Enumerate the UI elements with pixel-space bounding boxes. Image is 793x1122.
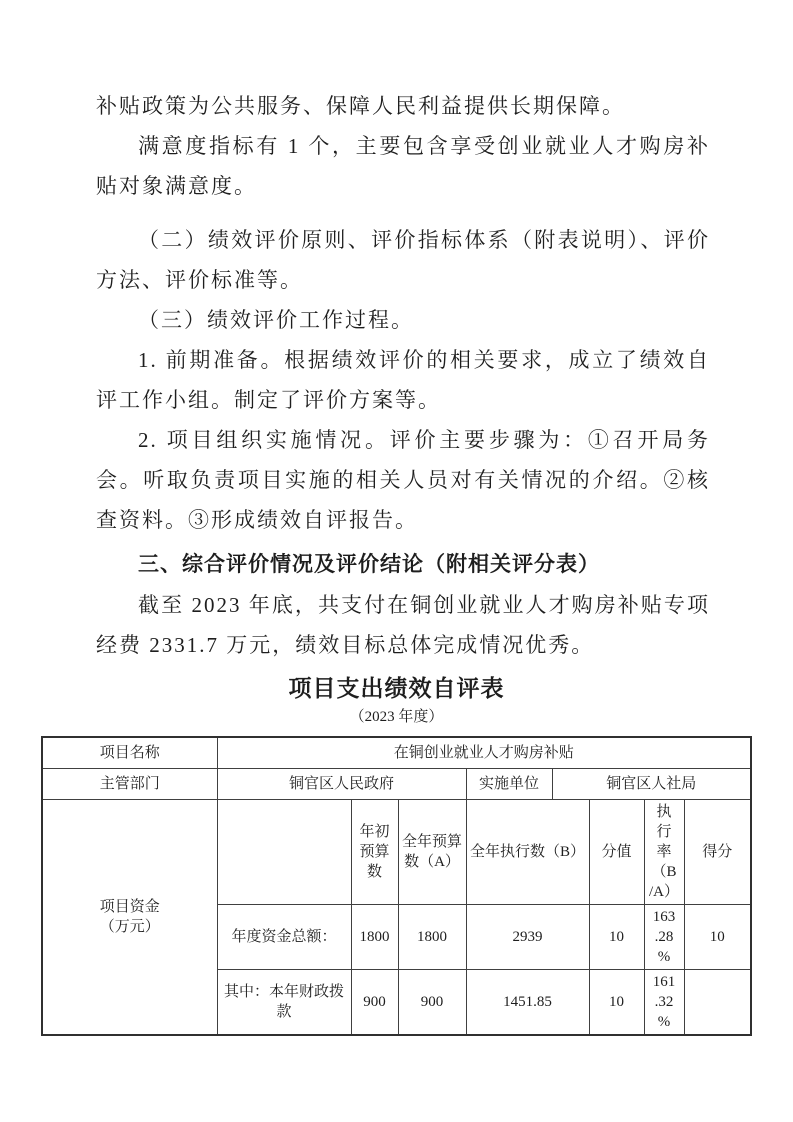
paragraph-section2: （二）绩效评价原则、评价指标体系（附表说明）、评价方法、评价标准等。 (96, 220, 710, 300)
table-area: 项目支出绩效自评表 （2023 年度） 项目名称 在铜创业就业人才购房补贴 (41, 675, 752, 1036)
cell-header-score-weight: 分值 (589, 800, 644, 905)
table-subtitle: （2023 年度） (41, 708, 752, 726)
cell-header-points: 得分 (684, 800, 751, 905)
table-row-departments: 主管部门 铜官区人民政府 实施单位 铜官区人社局 (42, 769, 751, 800)
paragraph-section3: （三）绩效评价工作过程。 (96, 300, 710, 340)
cell-fiscal-points (684, 970, 751, 1036)
cell-total-annual-budget: 1800 (398, 905, 466, 970)
cell-project-name-value: 在铜创业就业人才购房补贴 (217, 737, 751, 769)
cell-fiscal-execution-rate: 161 .32 % (644, 970, 684, 1036)
cell-fiscal-annual-budget: 900 (398, 970, 466, 1036)
cell-total-execution-rate: 163 .28 % (644, 905, 684, 970)
cell-row-header-project-funds: 项目资金 （万元） (42, 800, 217, 1036)
cell-fiscal-execution: 1451.85 (466, 970, 589, 1036)
cell-total-score-weight: 10 (589, 905, 644, 970)
cell-total-points: 10 (684, 905, 751, 970)
document-page: 补贴政策为公共服务、保障人民利益提供长期保障。 满意度指标有 1 个，主要包含享… (0, 0, 793, 1122)
cell-header-begin-budget: 年初 预算 数 (351, 800, 398, 905)
cell-total-begin-budget: 1800 (351, 905, 398, 970)
cell-header-annual-budget: 全年预算 数（A） (398, 800, 466, 905)
paragraph-satisfaction: 满意度指标有 1 个，主要包含享受创业就业人才购房补贴对象满意度。 (96, 126, 710, 206)
table-row-project-name: 项目名称 在铜创业就业人才购房补贴 (42, 737, 751, 769)
self-evaluation-table: 项目名称 在铜创业就业人才购房补贴 主管部门 铜官区人民政府 实施单位 铜官区人… (41, 736, 752, 1036)
cell-dept-value: 铜官区人民政府 (217, 769, 466, 800)
cell-total-execution: 2939 (466, 905, 589, 970)
paragraph-summary: 截至 2023 年底，共支付在铜创业就业人才购房补贴专项经费 2331.7 万元… (96, 585, 710, 665)
cell-fiscal-begin-budget: 900 (351, 970, 398, 1036)
paragraph-step2: 2. 项目组织实施情况。评价主要步骤为：①召开局务会。听取负责项目实施的相关人员… (96, 420, 710, 540)
cell-header-annual-execution: 全年执行数（B） (466, 800, 589, 905)
paragraph-step1: 1. 前期准备。根据绩效评价的相关要求，成立了绩效自评工作小组。制定了评价方案等… (96, 340, 710, 420)
table-title: 项目支出绩效自评表 (41, 675, 752, 701)
cell-total-funds-label: 年度资金总额： (217, 905, 351, 970)
cell-header-execution-rate: 执 行 率 （B /A） (644, 800, 684, 905)
cell-fiscal-label: 其中：本年财政拨款 (217, 970, 351, 1036)
cell-empty (217, 800, 351, 905)
table-row-column-headers: 项目资金 （万元） 年初 预算 数 全年预算 数（A） 全年执行数（B） 分值 … (42, 800, 751, 905)
body-text-block: 补贴政策为公共服务、保障人民利益提供长期保障。 满意度指标有 1 个，主要包含享… (0, 0, 793, 665)
paragraph-continuation: 补贴政策为公共服务、保障人民利益提供长期保障。 (96, 86, 710, 126)
cell-project-name-label: 项目名称 (42, 737, 217, 769)
cell-impl-value: 铜官区人社局 (552, 769, 751, 800)
section-heading-overall-evaluation: 三、综合评价情况及评价结论（附相关评分表） (96, 545, 710, 585)
cell-fiscal-score-weight: 10 (589, 970, 644, 1036)
cell-impl-label: 实施单位 (466, 769, 552, 800)
cell-dept-label: 主管部门 (42, 769, 217, 800)
